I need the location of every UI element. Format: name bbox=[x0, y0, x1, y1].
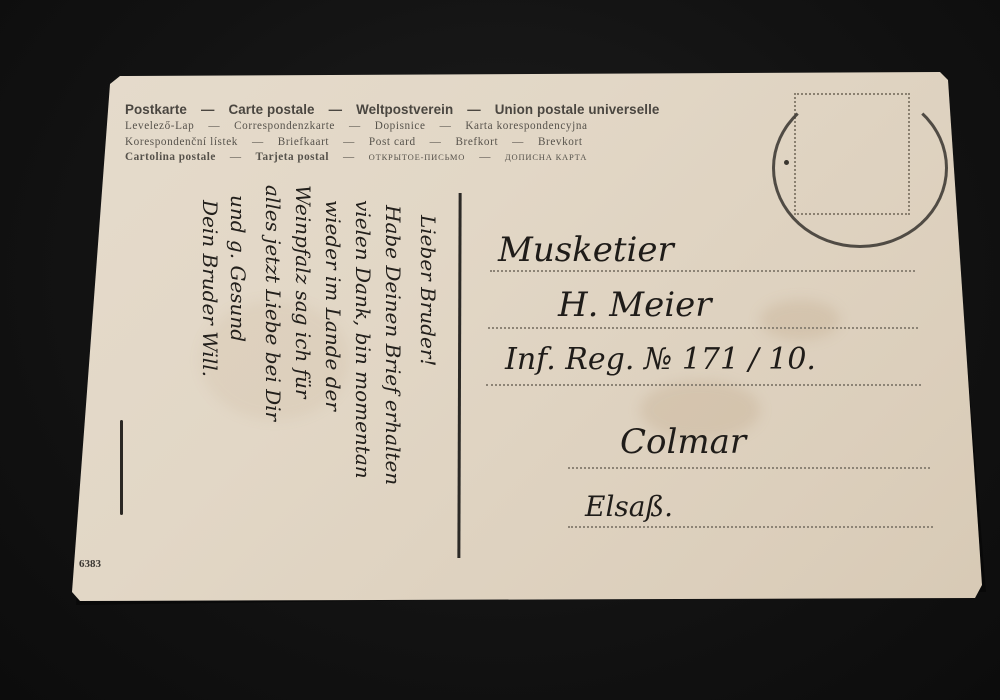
separator: — bbox=[512, 136, 524, 148]
header-text: Levelező-Lap bbox=[125, 120, 194, 132]
message-line: Habe Deinen Brief erhalten bbox=[381, 205, 405, 485]
address-city: Colmar bbox=[620, 422, 746, 462]
separator: — bbox=[343, 136, 355, 148]
separator: — bbox=[329, 102, 343, 117]
address-line-3-rule bbox=[486, 384, 921, 386]
header-text: Tarjeta postal bbox=[256, 151, 329, 163]
header-line-4: Cartolina postale—Tarjeta postal—ОТКРЫТО… bbox=[125, 151, 587, 163]
header-text: Postkarte bbox=[125, 102, 187, 117]
header-text: ОТКРЫТОЕ-ПИСЬМО bbox=[369, 152, 466, 162]
message-line: und g. Gesund bbox=[226, 195, 250, 342]
separator: — bbox=[208, 120, 220, 132]
header-text: Briefkaart bbox=[278, 136, 329, 148]
postmark-circle bbox=[772, 88, 948, 248]
address-line-5-rule bbox=[568, 526, 933, 528]
message-line: Dein Bruder Will. bbox=[198, 200, 222, 377]
header-text: Carte postale bbox=[228, 102, 314, 117]
card-number: 6383 bbox=[79, 558, 101, 570]
separator: — bbox=[479, 151, 491, 163]
message-line: wieder im Lande der bbox=[321, 200, 345, 411]
header-text: Weltpostverein bbox=[356, 102, 453, 117]
separator: — bbox=[343, 151, 355, 163]
separator: — bbox=[201, 102, 215, 117]
address-line-1-rule bbox=[490, 270, 915, 272]
postmark-dot bbox=[784, 160, 789, 165]
signature-flourish bbox=[120, 420, 123, 515]
separator: — bbox=[230, 151, 242, 163]
message-line: Lieber Bruder! bbox=[416, 215, 440, 366]
header-line-2: Levelező-Lap—Correspondenzkarte—Dopisnic… bbox=[125, 120, 588, 132]
message-line: alles jetzt Liebe bei Dir bbox=[261, 185, 285, 421]
separator: — bbox=[440, 120, 452, 132]
message-line: Weinpfalz sag ich für bbox=[291, 185, 315, 399]
header-text: Brevkort bbox=[538, 136, 583, 148]
address-region: Elsaß. bbox=[585, 490, 673, 523]
header-line-3: Korespondenční lístek—Briefkaart—Post ca… bbox=[125, 136, 583, 148]
address-line-2-rule bbox=[488, 327, 918, 329]
header-text: Brefkort bbox=[455, 136, 498, 148]
address-rank: Musketier bbox=[498, 230, 674, 270]
header-text: ДОПИСНА КАРТА bbox=[505, 152, 587, 162]
header-text: Dopisnice bbox=[375, 120, 426, 132]
separator: — bbox=[349, 120, 361, 132]
address-name: H. Meier bbox=[558, 285, 711, 325]
header-text: Cartolina postale bbox=[125, 151, 216, 163]
header-text: Correspondenzkarte bbox=[234, 120, 335, 132]
header-text: Korespondenční lístek bbox=[125, 136, 238, 148]
header-text: Union postale universelle bbox=[495, 102, 660, 117]
message-line: vielen Dank, bin momentan bbox=[351, 200, 375, 479]
separator: — bbox=[467, 102, 481, 117]
address-line-4-rule bbox=[568, 467, 930, 469]
separator: — bbox=[430, 136, 442, 148]
address-regiment: Inf. Reg. № 171 / 10. bbox=[505, 342, 816, 377]
header-text: Karta korespondencyjna bbox=[465, 120, 587, 132]
header-line-1: Postkarte—Carte postale—Weltpostverein—U… bbox=[125, 102, 659, 117]
separator: — bbox=[252, 136, 264, 148]
stain bbox=[760, 300, 840, 340]
header-text: Post card bbox=[369, 136, 416, 148]
